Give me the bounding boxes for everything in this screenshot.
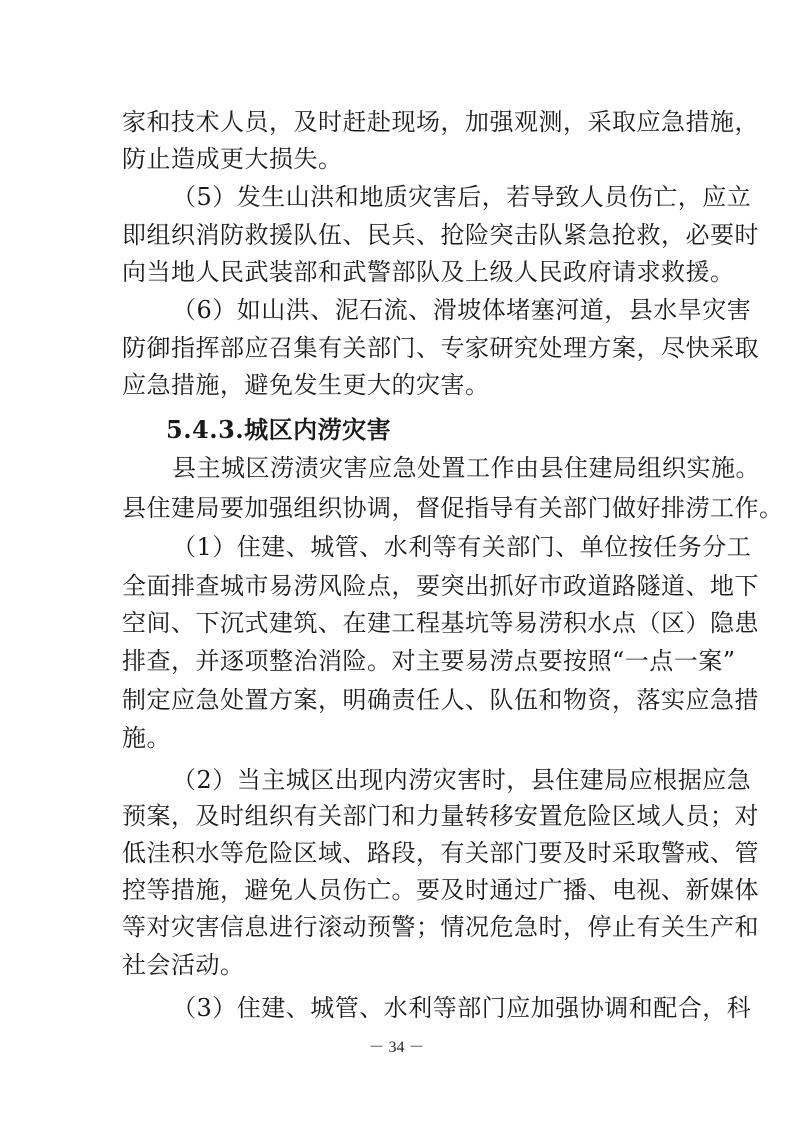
text-line: 空间、下沉式建筑、在建工程基坑等易涝积水点（区）隐患 [122,608,673,638]
page-number: － 34 － [0,1034,793,1057]
document-page: 家和技术人员，及时赶赴现场，加强观测，采取应急措施，防止造成更大损失。（5）发生… [0,0,793,1122]
text-line: 预案，及时组织有关部门和力量转移安置危险区域人员；对 [122,801,673,831]
text-line: 排查，并逐项整治消险。对主要易涝点要按照“一点一案” [122,646,673,676]
text-line: 即组织消防救援队伍、民兵、抢险突击队紧急抢救，必要时 [122,220,673,250]
text-line: 全面排查城市易涝风险点，要突出抓好市政道路隧道、地下 [122,571,673,601]
text-line: 家和技术人员，及时赶赴现场，加强观测，采取应急措施， [122,107,673,137]
text-line: （1）住建、城管、水利等有关部门、单位按任务分工 [172,532,673,562]
text-line: 防御指挥部应召集有关部门、专家研究处理方案，尽快采取 [122,333,673,363]
text-line: 等对灾害信息进行滚动预警；情况危急时，停止有关生产和 [122,912,673,942]
text-line: 应急措施，避免发生更大的灾害。 [122,370,673,400]
text-line: （6）如山洪、泥石流、滑坡体堵塞河道，县水旱灾害 [172,295,673,325]
text-line: 向当地人民武装部和武警部队及上级人民政府请求救援。 [122,257,673,287]
text-line: 施。 [122,723,673,753]
text-line: 防止造成更大损失。 [122,144,673,174]
text-line: （3）住建、城管、水利等部门应加强协调和配合，科 [172,993,673,1023]
text-line: 低洼积水等危险区域、路段，有关部门要及时采取警戒、管 [122,838,673,868]
text-line: 县住建局要加强组织协调，督促指导有关部门做好排涝工作。 [122,493,673,523]
text-line: （2）当主城区出现内涝灾害时，县住建局应根据应急 [172,765,673,795]
text-line: 县主城区涝渍灾害应急处置工作由县住建局组织实施。 [172,453,673,483]
text-line: 控等措施，避免人员伤亡。要及时通过广播、电视、新媒体 [122,875,673,905]
text-line: 社会活动。 [122,950,673,980]
text-line: （5）发生山洪和地质灾害后，若导致人员伤亡，应立 [172,182,673,212]
section-heading: 5.4.3.城区内涝灾害 [166,415,426,445]
text-line: 制定应急处置方案，明确责任人、队伍和物资，落实应急措 [122,685,673,715]
